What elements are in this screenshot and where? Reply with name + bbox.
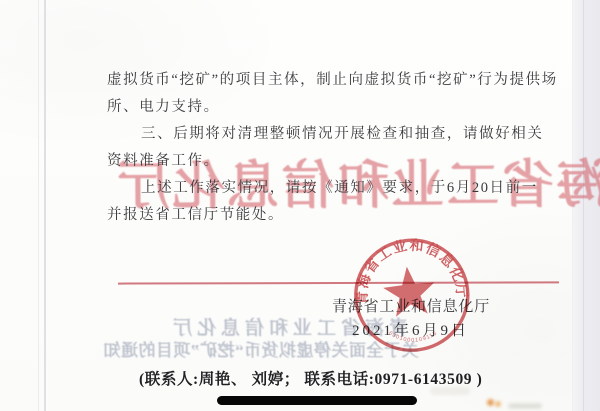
body-line-5: 上述工作落实情况，请按《通知》要求，于6月20日前一 (141, 176, 600, 198)
body-line-2: 所、电力支持。 (107, 95, 567, 117)
corner-logo-smudge (508, 403, 542, 409)
body-line-6: 并报送省工信厅节能处。 (107, 203, 567, 225)
redaction-bar (217, 396, 417, 405)
svg-text:6301000109115: 6301000109115 (387, 325, 439, 346)
paper-edge-line (38, 0, 39, 411)
document-photo: 青海省工业和信息化厅 虚拟货币“挖矿”的项目主体，制止向虚拟货币“挖矿”行为提供… (0, 0, 600, 411)
photo-smudge (430, 387, 470, 395)
body-line-4: 资料准备工作。 (107, 149, 567, 171)
contact-info: (联系人:周艳、 刘婷； 联系电话:0971-6143509 ) (139, 367, 482, 389)
body-line-3: 三、后期将对清理整顿情况开展检查和抽查，请做好相关 (141, 122, 600, 144)
seal-code-text: 6301000109115 (387, 325, 439, 346)
body-line-1: 虚拟货币“挖矿”的项目主体，制止向虚拟货币“挖矿”行为提供场 (107, 68, 567, 90)
seal-star-icon (381, 264, 437, 318)
paper-edge-line (44, 0, 46, 411)
corner-logo-smudge (495, 401, 501, 407)
corner-logo-smudge (487, 399, 494, 406)
official-seal: 青海省工业和信息化厅 6301000109115 (342, 229, 486, 364)
